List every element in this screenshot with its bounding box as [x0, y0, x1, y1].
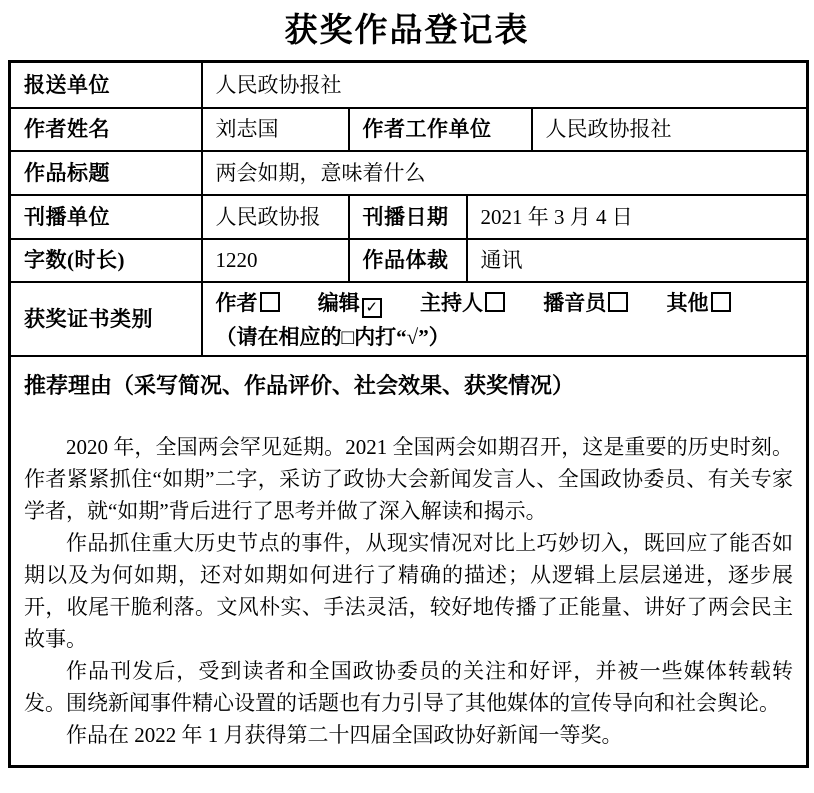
recommendation-paragraph: 作品刊发后，受到读者和全国政协委员的关注和好评，并被一些媒体转载转发。围绕新闻事… — [24, 655, 793, 719]
row-publish: 刊播单位 人民政协报 刊播日期 2021 年 3 月 4 日 — [10, 195, 808, 239]
checkbox-option-author[interactable]: 作者 — [216, 291, 280, 315]
certificate-options-line: 作者 编辑✓ 主持人 播音员 其他 — [216, 288, 794, 318]
checkbox-author-box[interactable] — [260, 292, 280, 312]
publish-date-value: 2021 年 3 月 4 日 — [467, 195, 808, 239]
checkbox-option-other-label: 其他 — [667, 291, 709, 315]
row-author: 作者姓名 刘志国 作者工作单位 人民政协报社 — [10, 108, 808, 151]
recommendation-body: 2020 年，全国两会罕见延期。2021 全国两会如期召开，这是重要的历史时刻。… — [24, 431, 793, 751]
row-work-title: 作品标题 两会如期，意味着什么 — [10, 151, 808, 195]
work-title-value: 两会如期，意味着什么 — [202, 151, 808, 195]
recommendation-paragraph: 作品在 2022 年 1 月获得第二十四届全国政协好新闻一等奖。 — [24, 719, 793, 751]
checkbox-option-other[interactable]: 其他 — [667, 291, 731, 315]
recommendation-paragraph: 2020 年，全国两会罕见延期。2021 全国两会如期召开，这是重要的历史时刻。… — [24, 431, 793, 527]
submit-unit-value: 人民政协报社 — [202, 62, 808, 109]
word-count-label: 字数(时长) — [10, 239, 202, 282]
checkbox-other-box[interactable] — [711, 292, 731, 312]
author-name-value: 刘志国 — [202, 108, 349, 151]
checkbox-option-editor[interactable]: 编辑✓ — [318, 291, 382, 315]
author-work-unit-value: 人民政协报社 — [532, 108, 808, 151]
page-title: 获奖作品登记表 — [0, 6, 814, 60]
author-work-unit-label: 作者工作单位 — [349, 108, 532, 151]
checkbox-option-editor-label: 编辑 — [318, 291, 360, 315]
row-submit-unit: 报送单位 人民政协报社 — [10, 62, 808, 109]
row-word-count: 字数(时长) 1220 作品体裁 通讯 — [10, 239, 808, 282]
registration-table: 报送单位 人民政协报社 作者姓名 刘志国 作者工作单位 人民政协报社 作品标题 … — [8, 60, 809, 768]
checkbox-host-box[interactable] — [485, 292, 505, 312]
word-count-value: 1220 — [202, 239, 349, 282]
checkbox-editor-box[interactable]: ✓ — [362, 298, 382, 318]
submit-unit-label: 报送单位 — [10, 62, 202, 109]
recommendation-heading: 推荐理由（采写简况、作品评价、社会效果、获奖情况） — [24, 371, 793, 401]
certificate-note: （请在相应的□内打“√”） — [216, 324, 794, 350]
checkbox-option-host-label: 主持人 — [420, 291, 483, 315]
recommendation-paragraph: 作品抓住重大历史节点的事件，从现实情况对比上巧妙切入，既回应了能否如期以及为何如… — [24, 527, 793, 655]
row-certificate: 获奖证书类别 作者 编辑✓ 主持人 播音员 其他 （请在相应的□内打“√”） — [10, 282, 808, 356]
certificate-options-cell: 作者 编辑✓ 主持人 播音员 其他 （请在相应的□内打“√”） — [202, 282, 808, 356]
genre-label: 作品体裁 — [349, 239, 467, 282]
checkbox-option-author-label: 作者 — [216, 291, 258, 315]
publish-date-label: 刊播日期 — [349, 195, 467, 239]
recommendation-cell: 推荐理由（采写简况、作品评价、社会效果、获奖情况） 2020 年，全国两会罕见延… — [10, 356, 808, 767]
checkbox-announcer-box[interactable] — [608, 292, 628, 312]
certificate-label: 获奖证书类别 — [10, 282, 202, 356]
checkbox-option-host[interactable]: 主持人 — [420, 291, 505, 315]
publish-unit-label: 刊播单位 — [10, 195, 202, 239]
checkbox-option-announcer[interactable]: 播音员 — [543, 291, 628, 315]
checkbox-option-announcer-label: 播音员 — [543, 291, 606, 315]
author-name-label: 作者姓名 — [10, 108, 202, 151]
row-recommendation: 推荐理由（采写简况、作品评价、社会效果、获奖情况） 2020 年，全国两会罕见延… — [10, 356, 808, 767]
genre-value: 通讯 — [467, 239, 808, 282]
work-title-label: 作品标题 — [10, 151, 202, 195]
document-page: 获奖作品登记表 报送单位 人民政协报社 作者姓名 刘志国 作者工作单位 人民政协… — [0, 0, 814, 793]
publish-unit-value: 人民政协报 — [202, 195, 349, 239]
